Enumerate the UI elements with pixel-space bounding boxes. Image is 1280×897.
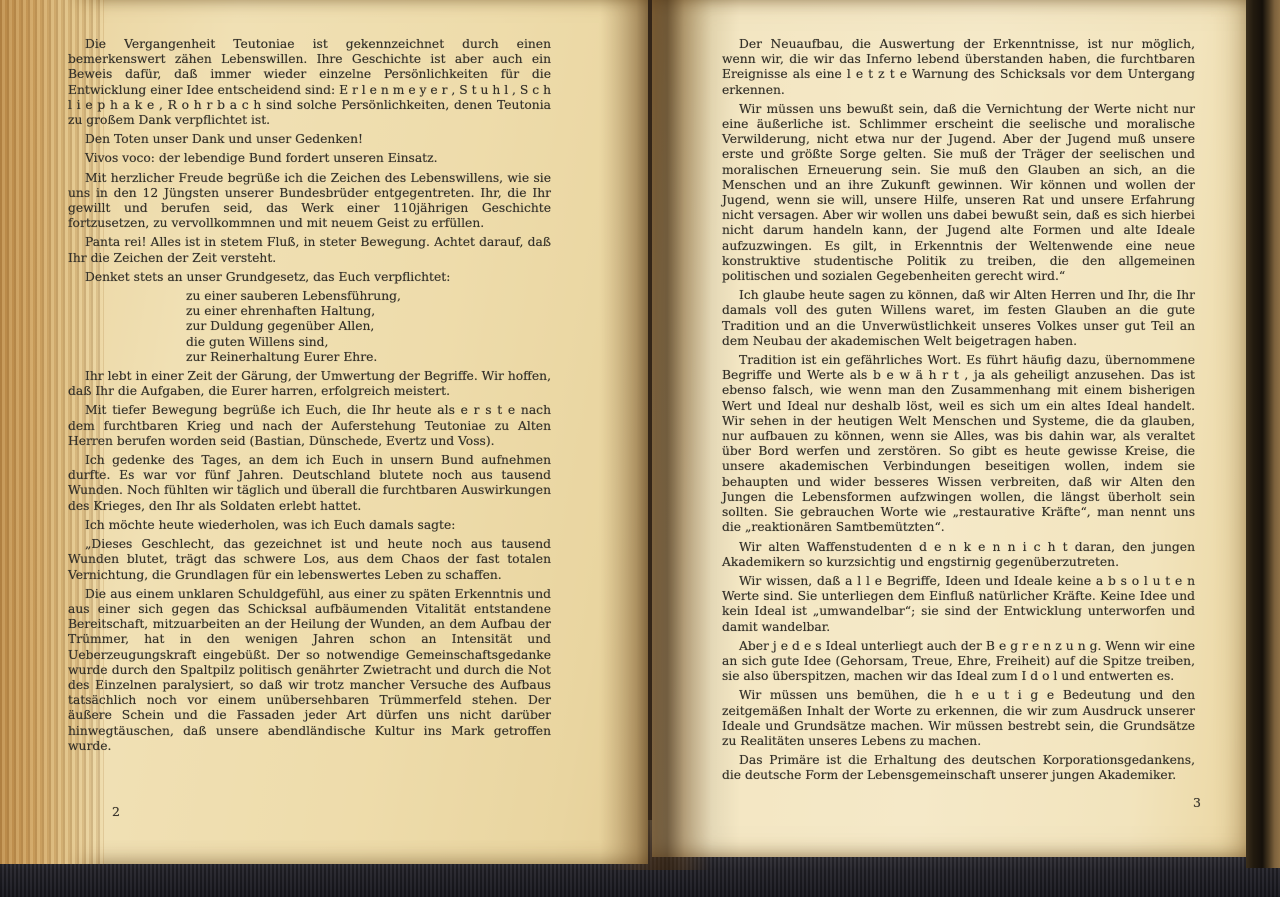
paragraph: Ihr lebt in einer Zeit der Gärung, der U… (68, 369, 551, 399)
paragraph: Wir müssen uns bewußt sein, daß die Vern… (722, 102, 1195, 284)
pledge-line: die guten Willens sind, (68, 335, 551, 350)
paragraph: Vivos voco: der lebendige Bund fordert u… (68, 151, 551, 166)
paragraph: Ich möchte heute wiederholen, was ich Eu… (68, 518, 551, 533)
right-book-edge (1246, 0, 1280, 868)
paragraph: Ich glaube heute sagen zu können, daß wi… (722, 288, 1195, 349)
pledge-list: zu einer sauberen Lebensführung, zu eine… (68, 289, 551, 365)
pledge-line: zu einer sauberen Lebensführung, (68, 289, 551, 304)
page-number-left: 2 (112, 804, 120, 819)
paragraph: Mit tiefer Bewegung begrüße ich Euch, di… (68, 403, 551, 449)
left-page: Die Vergangenheit Teutoniae ist gekennze… (0, 0, 648, 864)
right-page: Der Neuaufbau, die Auswertung der Erkenn… (652, 0, 1246, 857)
paragraph: Panta rei! Alles ist in stetem Fluß, in … (68, 235, 551, 265)
paragraph: Die Vergangenheit Teutoniae ist gekennze… (68, 37, 551, 128)
paragraph: Die aus einem unklaren Schuldgefühl, aus… (68, 587, 551, 754)
paragraph: Das Primäre ist die Erhaltung des deutsc… (722, 753, 1195, 783)
paragraph: Wir alten Waffenstudenten d e n k e n n … (722, 540, 1195, 570)
paragraph: Der Neuaufbau, die Auswertung der Erkenn… (722, 37, 1195, 98)
paragraph: Wir wissen, daß a l l e Begriffe, Ideen … (722, 574, 1195, 635)
paragraph: Tradition ist ein gefährliches Wort. Es … (722, 353, 1195, 535)
right-page-text: Der Neuaufbau, die Auswertung der Erkenn… (722, 37, 1195, 788)
paragraph: Mit herzlicher Freude begrüße ich die Ze… (68, 171, 551, 232)
pledge-line: zur Reinerhaltung Eurer Ehre. (68, 350, 551, 365)
paragraph: Aber j e d e s Ideal unterliegt auch der… (722, 639, 1195, 685)
paragraph: „Dieses Geschlecht, das gezeichnet ist u… (68, 537, 551, 583)
page-number-right: 3 (1193, 795, 1201, 810)
paragraph: Wir müssen uns bemühen, die h e u t i g … (722, 688, 1195, 749)
paragraph: Den Toten unser Dank und unser Gedenken! (68, 132, 551, 147)
book-scan: Die Vergangenheit Teutoniae ist gekennze… (0, 0, 1280, 897)
paragraph: Denket stets an unser Grundgesetz, das E… (68, 270, 551, 285)
paragraph: Ich gedenke des Tages, an dem ich Euch i… (68, 453, 551, 514)
pledge-line: zu einer ehrenhaften Haltung, (68, 304, 551, 319)
pledge-line: zur Duldung gegenüber Allen, (68, 319, 551, 334)
left-page-text: Die Vergangenheit Teutoniae ist gekennze… (68, 37, 551, 758)
